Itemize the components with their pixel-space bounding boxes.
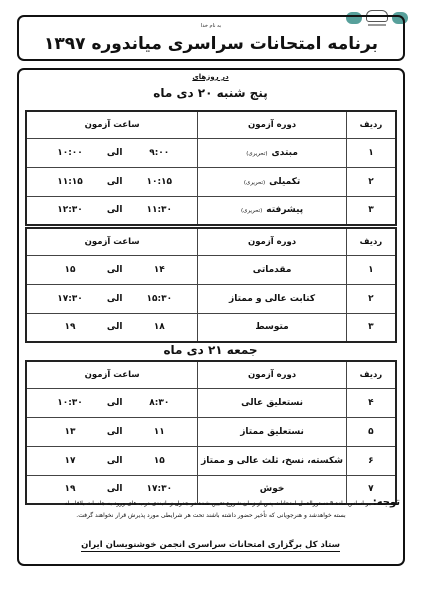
bismillah: به نام خدا bbox=[19, 23, 403, 29]
start-time: ۱۴ bbox=[141, 265, 177, 275]
time-cell: ۱۰:۳۰الی۸:۳۰ bbox=[26, 388, 198, 417]
table-row: ۴ نستعلیق عالی ۱۰:۳۰الی۸:۳۰ bbox=[26, 388, 396, 417]
time-cell: ۱۱:۱۵الی۱۰:۱۵ bbox=[26, 167, 198, 196]
time-cell: ۱۵الی۱۴ bbox=[26, 255, 198, 284]
col-header-time: ساعت آزمون bbox=[26, 361, 198, 388]
start-time: ۱۸ bbox=[141, 322, 177, 332]
page-title: برنامه امتحانات سراسری میاندوره ۱۳۹۷ bbox=[19, 34, 403, 54]
time-separator: الی bbox=[97, 148, 133, 158]
days-label: در روزهای bbox=[0, 73, 421, 81]
end-time: ۱۰:۰۰ bbox=[52, 148, 88, 158]
start-time: ۱۷:۳۰ bbox=[141, 484, 177, 494]
course-name: تکمیلی bbox=[269, 177, 300, 187]
end-time: ۱۹ bbox=[52, 322, 88, 332]
notice-label: توجه: bbox=[373, 497, 400, 508]
course-cell: مبتدی(تحریری) bbox=[198, 138, 347, 167]
row-number: ۵ bbox=[346, 417, 396, 446]
end-time: ۱۵ bbox=[52, 265, 88, 275]
end-time: ۱۱:۱۵ bbox=[52, 177, 88, 187]
table-row: ۳ متوسط ۱۹الی۱۸ bbox=[26, 313, 396, 342]
table-header-row: ردیف دوره آزمون ساعت آزمون bbox=[26, 228, 396, 255]
course-name: نستعلیق عالی bbox=[198, 388, 347, 417]
col-header-time: ساعت آزمون bbox=[26, 228, 198, 255]
start-time: ۸:۳۰ bbox=[141, 398, 177, 408]
start-time: ۹:۰۰ bbox=[141, 148, 177, 158]
time-cell: ۱۳الی۱۱ bbox=[26, 417, 198, 446]
schedule-table-thursday-practical: ردیف دوره آزمون ساعت آزمون ۱ مقدماتی ۱۵ا… bbox=[25, 227, 397, 343]
day-title-friday: جمعه ۲۱ دی ماه bbox=[0, 343, 421, 357]
row-number: ۳ bbox=[346, 196, 396, 225]
notice-line-2: بسته خواهدشد و هنرجویانی که تأخیر حضور د… bbox=[22, 510, 400, 522]
course-name: متوسط bbox=[198, 313, 347, 342]
table-row: ۵ نستعلیق ممتاز ۱۳الی۱۱ bbox=[26, 417, 396, 446]
time-separator: الی bbox=[97, 427, 133, 437]
time-separator: الی bbox=[97, 205, 133, 215]
time-cell: ۱۹الی۱۸ bbox=[26, 313, 198, 342]
notice-line-1: بر اساس ماده ۹ دستورالعمل امتحانات پس از… bbox=[64, 500, 370, 507]
end-time: ۱۰:۳۰ bbox=[52, 398, 88, 408]
table-row: ۲ کتابت عالی و ممتاز ۱۷:۳۰الی۱۵:۳۰ bbox=[26, 284, 396, 313]
time-separator: الی bbox=[97, 177, 133, 187]
row-number: ۲ bbox=[346, 284, 396, 313]
start-time: ۱۵:۳۰ bbox=[141, 294, 177, 304]
col-header-course: دوره آزمون bbox=[198, 111, 347, 138]
row-number: ۱ bbox=[346, 138, 396, 167]
start-time: ۱۱ bbox=[141, 427, 177, 437]
start-time: ۱۰:۱۵ bbox=[141, 177, 177, 187]
course-name: پیشرفته bbox=[266, 205, 303, 215]
written-note: (تحریری) bbox=[246, 151, 267, 157]
col-header-time: ساعت آزمون bbox=[26, 111, 198, 138]
course-cell: پیشرفته(تحریری) bbox=[198, 196, 347, 225]
table-row: ۲ تکمیلی(تحریری) ۱۱:۱۵الی۱۰:۱۵ bbox=[26, 167, 396, 196]
table-row: ۱ مقدماتی ۱۵الی۱۴ bbox=[26, 255, 396, 284]
end-time: ۱۹ bbox=[52, 484, 88, 494]
time-separator: الی bbox=[97, 322, 133, 332]
row-number: ۳ bbox=[346, 313, 396, 342]
time-separator: الی bbox=[97, 398, 133, 408]
time-separator: الی bbox=[97, 294, 133, 304]
course-name: کتابت عالی و ممتاز bbox=[198, 284, 347, 313]
row-number: ۴ bbox=[346, 388, 396, 417]
time-cell: ۱۷:۳۰الی۱۵:۳۰ bbox=[26, 284, 198, 313]
end-time: ۱۲:۳۰ bbox=[52, 205, 88, 215]
col-header-course: دوره آزمون bbox=[198, 228, 347, 255]
course-name: شکسته، نسخ، ثلث عالی و ممتاز bbox=[198, 446, 347, 475]
schedule-table-thursday-written: ردیف دوره آزمون ساعت آزمون ۱ مبتدی(تحریر… bbox=[25, 110, 397, 226]
row-number: ۱ bbox=[346, 255, 396, 284]
col-header-row: ردیف bbox=[346, 361, 396, 388]
time-separator: الی bbox=[97, 456, 133, 466]
day-title-thursday: پنج شنبه ۲۰ دی ماه bbox=[0, 86, 421, 100]
col-header-row: ردیف bbox=[346, 228, 396, 255]
start-time: ۱۱:۳۰ bbox=[141, 205, 177, 215]
end-time: ۱۳ bbox=[52, 427, 88, 437]
col-header-row: ردیف bbox=[346, 111, 396, 138]
written-note: (تحریری) bbox=[241, 208, 262, 214]
time-cell: ۱۲:۳۰الی۱۱:۳۰ bbox=[26, 196, 198, 225]
written-note: (تحریری) bbox=[244, 180, 265, 186]
row-number: ۲ bbox=[346, 167, 396, 196]
table-row: ۳ پیشرفته(تحریری) ۱۲:۳۰الی۱۱:۳۰ bbox=[26, 196, 396, 225]
row-number: ۶ bbox=[346, 446, 396, 475]
end-time: ۱۷:۳۰ bbox=[52, 294, 88, 304]
time-separator: الی bbox=[97, 265, 133, 275]
footer-text: ستاد کل برگزاری امتحانات سراسری انجمن خو… bbox=[81, 540, 340, 552]
time-separator: الی bbox=[97, 484, 133, 494]
table-header-row: ردیف دوره آزمون ساعت آزمون bbox=[26, 361, 396, 388]
course-name: نستعلیق ممتاز bbox=[198, 417, 347, 446]
col-header-course: دوره آزمون bbox=[198, 361, 347, 388]
course-name: مبتدی bbox=[272, 148, 298, 158]
notice: توجه: بر اساس ماده ۹ دستورالعمل امتحانات… bbox=[22, 497, 400, 522]
start-time: ۱۵ bbox=[141, 456, 177, 466]
time-cell: ۱۷الی۱۵ bbox=[26, 446, 198, 475]
course-name: مقدماتی bbox=[198, 255, 347, 284]
footer-signature: ستاد کل برگزاری امتحانات سراسری انجمن خو… bbox=[0, 540, 421, 550]
course-cell: تکمیلی(تحریری) bbox=[198, 167, 347, 196]
table-row: ۱ مبتدی(تحریری) ۱۰:۰۰الی۹:۰۰ bbox=[26, 138, 396, 167]
table-row: ۶ شکسته، نسخ، ثلث عالی و ممتاز ۱۷الی۱۵ bbox=[26, 446, 396, 475]
table-header-row: ردیف دوره آزمون ساعت آزمون bbox=[26, 111, 396, 138]
time-cell: ۱۰:۰۰الی۹:۰۰ bbox=[26, 138, 198, 167]
end-time: ۱۷ bbox=[52, 456, 88, 466]
schedule-table-friday: ردیف دوره آزمون ساعت آزمون ۴ نستعلیق عال… bbox=[25, 360, 397, 505]
title-box: به نام خدا برنامه امتحانات سراسری میاندو… bbox=[17, 15, 405, 61]
